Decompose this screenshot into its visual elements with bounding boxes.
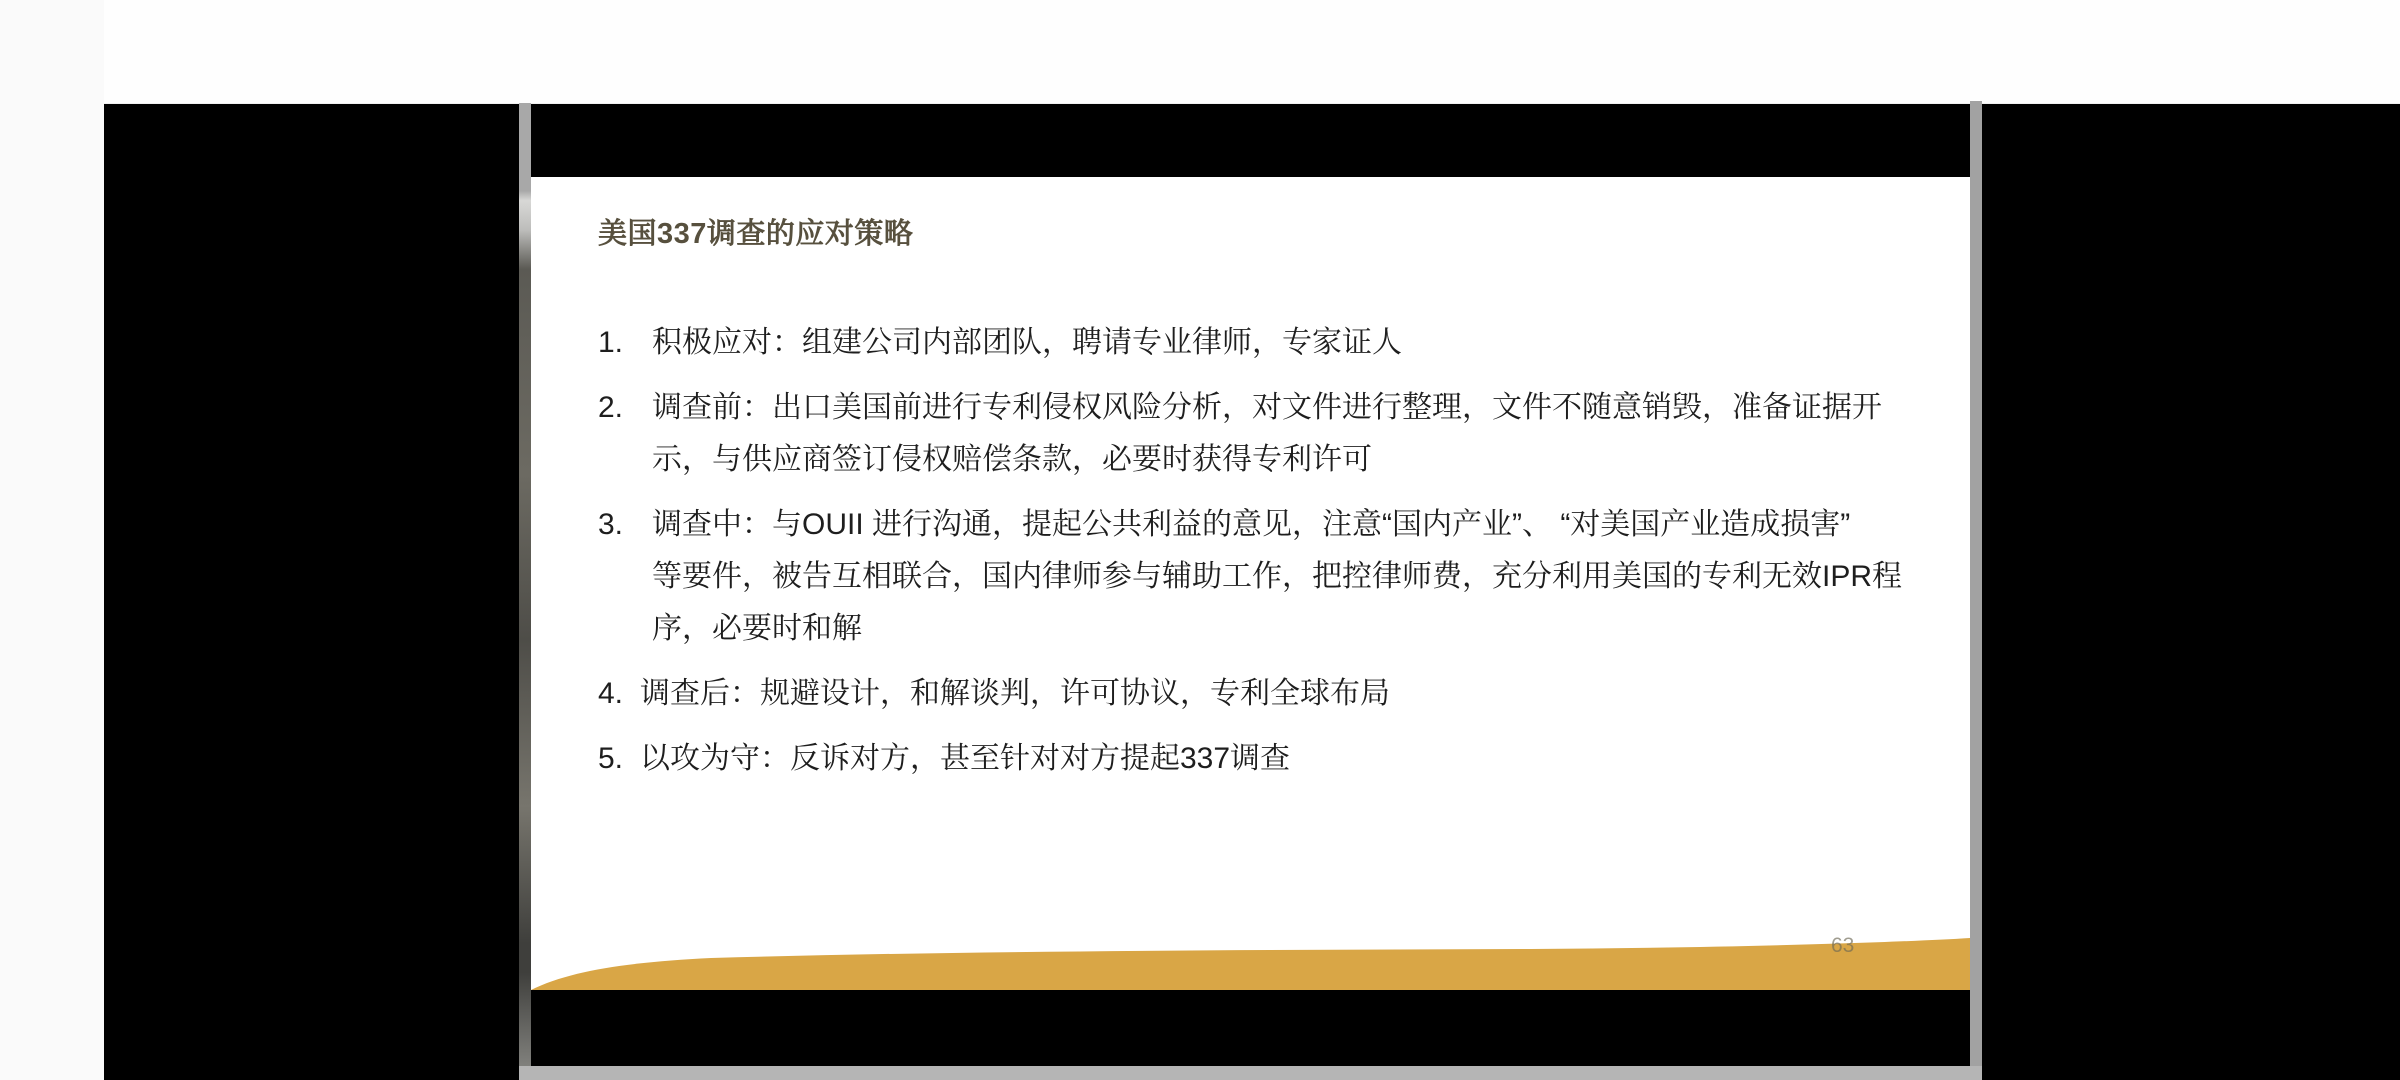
list-item: 3. 调查中：与OUII 进行沟通，提起公共利益的意见，注意“国内产业”、 “对… bbox=[598, 499, 1918, 655]
list-item: 4. 调查后：规避设计，和解谈判，许可协议，专利全球布局 bbox=[598, 668, 1918, 720]
list-item: 1. 积极应对：组建公司内部团队，聘请专业律师，专家证人 bbox=[598, 317, 1918, 369]
list-item-number: 3. bbox=[598, 499, 652, 655]
gold-wave-path bbox=[531, 938, 1970, 990]
list-item: 2. 调查前：出口美国前进行专利侵权风险分析，对文件进行整理，文件不随意销毁，准… bbox=[598, 382, 1918, 486]
list-item-text: 调查后：规避设计，和解谈判，许可协议，专利全球布局 bbox=[640, 668, 1390, 720]
right-scrollbar[interactable] bbox=[1970, 101, 1982, 1080]
presentation-slide: 美国337调查的应对策略 1. 积极应对：组建公司内部团队，聘请专业律师，专家证… bbox=[531, 177, 1970, 990]
slide-title: 美国337调查的应对策略 bbox=[598, 211, 913, 252]
list-item-number: 4. bbox=[598, 668, 640, 720]
list-item-number: 1. bbox=[598, 317, 652, 369]
top-band bbox=[0, 0, 2400, 104]
bottom-scrollbar[interactable] bbox=[519, 1066, 1982, 1080]
gold-wave-decoration bbox=[531, 934, 1970, 990]
list-item-text: 调查前：出口美国前进行专利侵权风险分析，对文件进行整理，文件不随意销毁，准备证据… bbox=[652, 382, 1882, 486]
list-item-text: 调查中：与OUII 进行沟通，提起公共利益的意见，注意“国内产业”、 “对美国产… bbox=[652, 499, 1902, 655]
left-scrollbar[interactable] bbox=[519, 103, 531, 1080]
left-panel bbox=[0, 0, 104, 1080]
strategy-list: 1. 积极应对：组建公司内部团队，聘请专业律师，专家证人 2. 调查前：出口美国… bbox=[598, 317, 1918, 798]
list-item-number: 2. bbox=[598, 382, 652, 486]
list-item-text: 积极应对：组建公司内部团队，聘请专业律师，专家证人 bbox=[652, 317, 1402, 369]
list-item-text: 以攻为守：反诉对方，甚至针对对方提起337调查 bbox=[640, 733, 1290, 785]
list-item: 5. 以攻为守：反诉对方，甚至针对对方提起337调查 bbox=[598, 733, 1918, 785]
list-item-number: 5. bbox=[598, 733, 640, 785]
page-number: 63 bbox=[1831, 934, 1854, 958]
screen: 美国337调查的应对策略 1. 积极应对：组建公司内部团队，聘请专业律师，专家证… bbox=[0, 0, 2400, 1080]
